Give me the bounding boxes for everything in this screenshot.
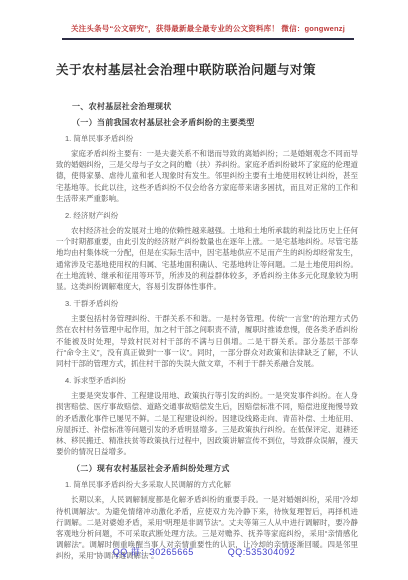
item-heading-1: 1. 简单民事矛盾纠纷 — [56, 133, 358, 144]
paragraph-2: 农村经济社会的发展对土地的依赖性越来越强。土地和土地所承载的利益比历史上任何一个… — [56, 225, 358, 292]
subsection-heading-1-2: （二）现有农村基层社会矛盾纠纷处理方式 — [56, 463, 358, 474]
paragraph-1: 家庭矛盾纠纷主要有：一是夫妻关系不和谐而导致的离婚纠纷；二是婚姻观念不同而导致的… — [56, 148, 358, 204]
item-heading-5: 1. 简单民事矛盾纠纷大多采取人民调解的方式化解 — [56, 479, 358, 490]
paragraph-4: 主要是突发事件、工程建设用地、政策执行等引发的纠纷。一是突发事件纠纷。在人身损害… — [56, 390, 358, 457]
document-title: 关于农村基层社会治理中联防联治问题与对策 — [56, 60, 358, 78]
contact-footer: QQ 群：30265665QQ:535304092 — [0, 545, 408, 558]
item-heading-2: 2. 经济财产纠纷 — [56, 210, 358, 221]
promo-header: 关注头条号“公文研究”，获得最新最全最专业的公文资料库！ 微信：gongwenz… — [62, 23, 354, 40]
subsection-heading-1-1: （一）当前我国农村基层社会矛盾纠纷的主要类型 — [56, 117, 358, 128]
item-heading-3: 3. 干群矛盾纠纷 — [56, 298, 358, 309]
document-page: 关注头条号“公文研究”，获得最新最全最专业的公文资料库！ 微信：gongwenz… — [0, 0, 408, 580]
section-heading-1: 一、农村基层社会治理现状 — [56, 101, 358, 112]
qq-group-number: QQ 群：30265665 — [113, 547, 194, 557]
document-body: 一、农村基层社会治理现状 （一）当前我国农村基层社会矛盾纠纷的主要类型 1. 简… — [56, 97, 358, 568]
item-heading-4: 4. 诉求型矛盾纠纷 — [56, 375, 358, 386]
paragraph-3: 主要包括村务管理纠纷、干群关系不和谐。一是村务管理。传统“一言堂”的治理方式仍然… — [56, 313, 358, 369]
qq-number: QQ:535304092 — [228, 547, 296, 557]
